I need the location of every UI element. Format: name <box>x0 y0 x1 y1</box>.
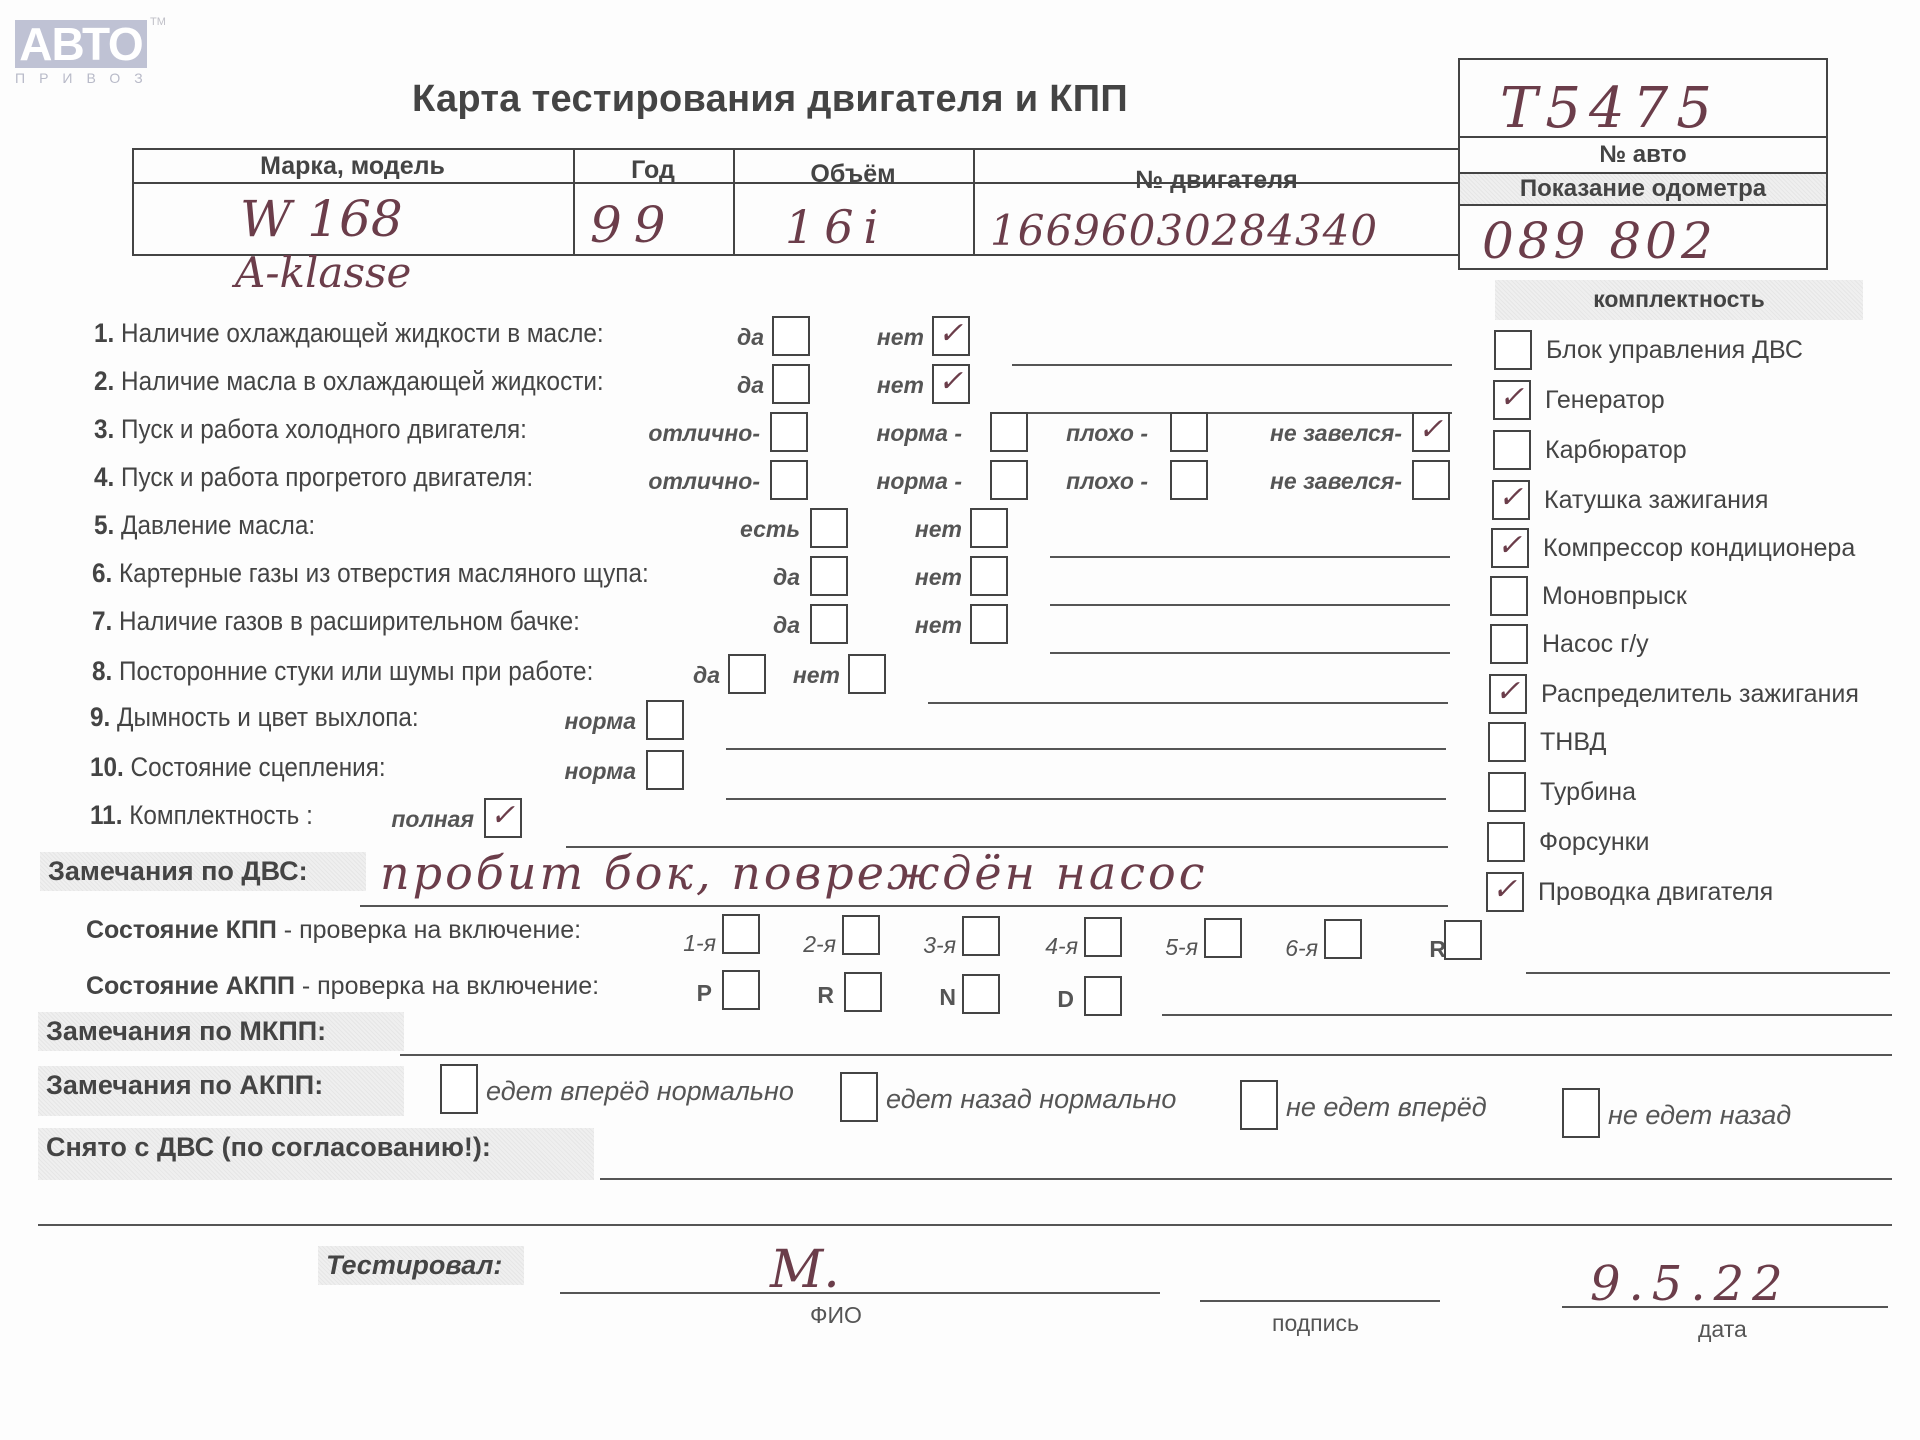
kpp-gear-label: 1-я <box>676 930 716 957</box>
question-4-option-label: не завелся- <box>1242 468 1402 495</box>
kpp-check-label: Состояние КПП - проверка на включение: <box>86 916 581 945</box>
question-2-checkbox[interactable]: ✓ <box>932 364 970 404</box>
car-number-label: № авто <box>1458 141 1828 169</box>
akpp-gear-label: R <box>814 982 834 1009</box>
column-header-engine-no: № двигателя <box>973 166 1460 195</box>
fio-caption: ФИО <box>810 1302 862 1329</box>
model-value[interactable]: W 168 <box>240 190 403 248</box>
check-mark-icon: ✓ <box>1492 872 1517 907</box>
question-9-note-input[interactable] <box>726 748 1446 750</box>
question-5-checkbox[interactable] <box>970 508 1008 548</box>
kit-checkbox[interactable] <box>1490 624 1528 664</box>
question-4-option-label: отлично- <box>600 468 760 495</box>
question-10-checkbox[interactable] <box>646 750 684 790</box>
question-8-option-label: нет <box>680 662 840 689</box>
question-7-option-label: да <box>640 612 800 639</box>
brand-logo-subtitle: ПРИВОЗ <box>15 70 157 86</box>
kpp-gear-checkbox[interactable] <box>1204 918 1242 958</box>
year-value[interactable]: 99 <box>590 196 678 254</box>
question-4-checkbox[interactable] <box>1412 460 1450 500</box>
kpp-gear-checkbox[interactable] <box>722 914 760 954</box>
question-4-option-label: плохо - <box>988 468 1148 495</box>
question-2-option-label: нет <box>764 372 924 399</box>
signature-caption: подпись <box>1272 1310 1359 1337</box>
question-7-option-label: нет <box>802 612 962 639</box>
question-6-option-label: нет <box>802 564 962 591</box>
question-8-checkbox[interactable] <box>848 654 886 694</box>
kit-item-label: Карбюратор <box>1545 436 1687 465</box>
akpp-gear-checkbox[interactable] <box>844 972 882 1012</box>
kit-checkbox[interactable]: ✓ <box>1486 872 1524 912</box>
akpp-remark-label: едет назад нормально <box>886 1084 1176 1115</box>
question-2-note-input[interactable] <box>1012 412 1452 414</box>
kit-item-label: Насос г/у <box>1542 630 1649 659</box>
kpp-gear-label: 5-я <box>1158 934 1198 961</box>
dvs-remarks-label: Замечания по ДВС: <box>40 852 366 891</box>
question-4-option-label: норма - <box>802 468 962 495</box>
kit-item-label: Распределитель зажигания <box>1541 680 1859 709</box>
akpp-gear-label: D <box>1054 986 1074 1013</box>
question-10-option-label: норма <box>476 758 636 785</box>
kpp-gear-checkbox[interactable] <box>962 916 1000 956</box>
kit-item-label: Форсунки <box>1539 828 1650 857</box>
question-4-label: 4. Пуск и работа прогретого двигателя: <box>94 462 533 493</box>
question-6-checkbox[interactable] <box>970 556 1008 596</box>
akpp-gear-label: N <box>936 984 956 1011</box>
column-header-model: Марка, модель <box>132 152 573 181</box>
check-mark-icon: ✓ <box>1499 380 1524 415</box>
question-6-note-input[interactable] <box>1050 604 1450 606</box>
akpp-remark-checkbox[interactable] <box>1240 1080 1278 1130</box>
kit-item-label: Генератор <box>1545 386 1665 415</box>
date-value[interactable]: 9.5.22 <box>1590 1256 1791 1312</box>
question-1-label: 1. Наличие охлаждающей жидкости в масле: <box>94 318 604 349</box>
kit-item-label: Турбина <box>1540 778 1636 807</box>
akpp-gear-checkbox[interactable] <box>722 970 760 1010</box>
kit-item-label: Компрессор кондиционера <box>1543 534 1855 563</box>
kit-title: комплектность <box>1495 286 1863 313</box>
mkpp-remarks-input[interactable] <box>400 1054 1892 1056</box>
check-mark-icon: ✓ <box>1498 480 1523 515</box>
kit-item-label: Катушка зажигания <box>1544 486 1768 515</box>
kit-checkbox[interactable]: ✓ <box>1489 674 1527 714</box>
question-7-label: 7. Наличие газов в расширительном бачке: <box>92 606 580 637</box>
akpp-gear-label: P <box>692 980 712 1007</box>
question-4-checkbox[interactable] <box>1170 460 1208 500</box>
check-mark-icon: ✓ <box>1418 412 1443 447</box>
kpp-gear-checkbox[interactable] <box>842 915 880 955</box>
question-6-label: 6. Картерные газы из отверстия масляного… <box>92 558 649 589</box>
question-6-option-label: да <box>640 564 800 591</box>
date-caption: дата <box>1698 1316 1747 1343</box>
check-mark-icon: ✓ <box>1497 528 1522 563</box>
check-mark-icon: ✓ <box>490 798 515 833</box>
question-2-label: 2. Наличие масла в охлаждающей жидкости: <box>94 366 604 397</box>
kit-checkbox[interactable] <box>1488 722 1526 762</box>
dvs-remarks-value[interactable]: пробит бок, повреждён насос <box>380 846 1208 900</box>
kpp-gear-label: R <box>1406 936 1446 963</box>
akpp-gear-checkbox[interactable] <box>1084 976 1122 1016</box>
kpp-gear-label: 3-я <box>916 932 956 959</box>
question-7-note-input[interactable] <box>1050 652 1450 654</box>
kit-checkbox[interactable] <box>1494 330 1532 370</box>
trademark-mark: TM <box>150 16 166 28</box>
kit-item-label: Проводка двигателя <box>1538 878 1773 907</box>
question-10-note-input[interactable] <box>726 798 1446 800</box>
question-11-note-input[interactable] <box>566 846 1448 848</box>
question-1-note-input[interactable] <box>1012 364 1452 366</box>
kit-item-label: Блок управления ДВС <box>1546 336 1803 365</box>
question-5-option-label: есть <box>640 516 800 543</box>
kit-checkbox[interactable]: ✓ <box>1493 380 1531 420</box>
question-1-option-label: да <box>604 324 764 351</box>
akpp-check-label: Состояние АКПП - проверка на включение: <box>86 972 599 1001</box>
question-11-option-label: полная <box>314 806 474 833</box>
question-3-label: 3. Пуск и работа холодного двигателя: <box>94 414 527 445</box>
question-3-option-label: не завелся- <box>1242 420 1402 447</box>
question-3-option-label: плохо - <box>988 420 1148 447</box>
column-header-year: Год <box>573 156 733 185</box>
akpp-remark-checkbox[interactable] <box>440 1064 478 1114</box>
question-1-checkbox[interactable]: ✓ <box>932 316 970 356</box>
akpp-remark-label: не едет вперёд <box>1286 1092 1487 1123</box>
akpp-remark-checkbox[interactable] <box>1562 1088 1600 1138</box>
question-11-label: 11. Комплектность : <box>90 800 313 831</box>
odometer-value[interactable]: 089 802 <box>1482 212 1717 270</box>
column-header-volume: Объём <box>733 160 973 189</box>
tested-by-label: Тестировал: <box>318 1246 524 1285</box>
akpp-remark-checkbox[interactable] <box>840 1072 878 1122</box>
kit-checkbox[interactable] <box>1493 430 1531 470</box>
question-3-checkbox[interactable] <box>1170 412 1208 452</box>
kit-item-label: ТНВД <box>1540 728 1606 757</box>
kit-checkbox[interactable] <box>1490 576 1528 616</box>
question-9-option-label: норма <box>476 708 636 735</box>
question-5-label: 5. Давление масла: <box>94 510 315 541</box>
brand-logo: АВТО <box>15 20 147 68</box>
akpp-gear-checkbox[interactable] <box>962 974 1000 1014</box>
question-7-checkbox[interactable] <box>970 604 1008 644</box>
kpp-gear-checkbox[interactable] <box>1324 919 1362 959</box>
check-mark-icon: ✓ <box>1495 674 1520 709</box>
odometer-label: Показание одометра <box>1458 175 1828 203</box>
kit-checkbox[interactable] <box>1487 822 1525 862</box>
question-3-checkbox[interactable]: ✓ <box>1412 412 1450 452</box>
signature-input[interactable] <box>1200 1300 1440 1302</box>
check-mark-icon: ✓ <box>938 364 963 399</box>
kit-checkbox[interactable] <box>1488 772 1526 812</box>
kit-checkbox[interactable]: ✓ <box>1491 528 1529 568</box>
removed-parts-label: Снято с ДВС (по согласованию!): <box>38 1128 594 1180</box>
akpp-remarks-label: Замечания по АКПП: <box>38 1066 404 1116</box>
check-mark-icon: ✓ <box>938 316 963 351</box>
kpp-gear-label: 4-я <box>1038 933 1078 960</box>
fio-signature: М. <box>770 1240 840 1300</box>
volume-value[interactable]: 16i <box>785 200 888 254</box>
question-9-label: 9. Дымность и цвет выхлопа: <box>90 702 419 733</box>
question-2-option-label: да <box>604 372 764 399</box>
kpp-gear-label: 6-я <box>1278 935 1318 962</box>
model-note: A-klasse <box>235 248 411 297</box>
engine-number-value[interactable]: 16696030284340 <box>990 206 1378 255</box>
car-number-value[interactable]: Т5475 <box>1500 76 1720 141</box>
question-8-label: 8. Посторонние стуки или шумы при работе… <box>92 656 593 687</box>
removed-parts-input[interactable] <box>600 1178 1892 1180</box>
fio-input[interactable] <box>560 1292 1160 1294</box>
mkpp-remarks-label: Замечания по МКПП: <box>38 1012 404 1051</box>
question-1-option-label: нет <box>764 324 924 351</box>
kit-item-label: Моновпрыск <box>1542 582 1687 611</box>
akpp-remark-label: не едет назад <box>1608 1100 1791 1131</box>
kpp-gear-checkbox[interactable] <box>1084 917 1122 957</box>
akpp-remark-label: едет вперёд нормально <box>486 1076 794 1107</box>
question-9-checkbox[interactable] <box>646 700 684 740</box>
question-8-note-input[interactable] <box>928 702 1448 704</box>
question-10-label: 10. Состояние сцепления: <box>90 752 386 783</box>
kpp-gear-label: 2-я <box>796 931 836 958</box>
question-5-note-input[interactable] <box>1050 556 1450 558</box>
kit-checkbox[interactable]: ✓ <box>1492 480 1530 520</box>
question-11-checkbox[interactable]: ✓ <box>484 798 522 838</box>
kpp-gear-checkbox[interactable] <box>1444 920 1482 960</box>
question-3-option-label: отлично- <box>600 420 760 447</box>
question-5-option-label: нет <box>802 516 962 543</box>
question-3-option-label: норма - <box>802 420 962 447</box>
page-title: Карта тестирования двигателя и КПП <box>412 78 1128 121</box>
